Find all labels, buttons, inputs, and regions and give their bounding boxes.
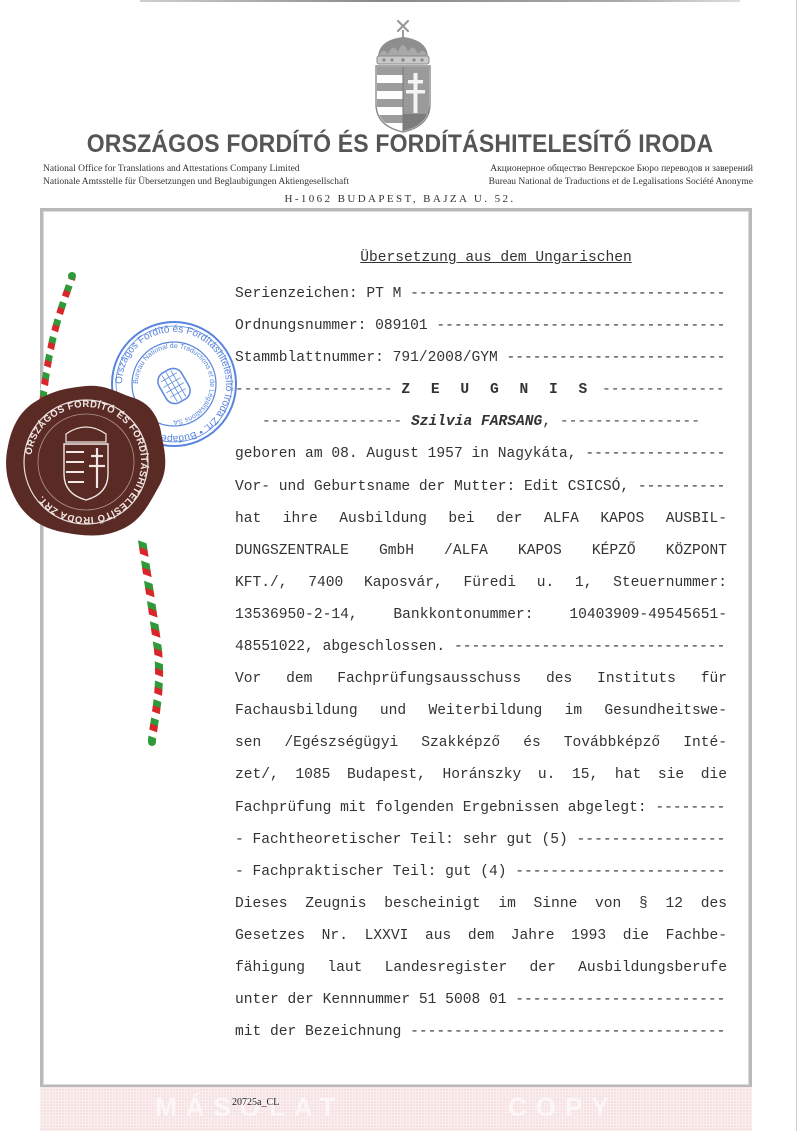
order-number: Ordnungsnummer: 089101 bbox=[235, 318, 428, 334]
certificate-title: Z E U G N I S bbox=[401, 382, 593, 398]
body-line: zet/, 1085 Budapest, Horánszky u. 15, ha… bbox=[235, 759, 727, 791]
result-theory: - Fachtheoretischer Teil: sehr gut (5) bbox=[235, 832, 568, 848]
subtitle-french: Bureau National de Traductions et de Leg… bbox=[489, 176, 753, 189]
result-practice: - Fachpraktischer Teil: gut (4) bbox=[235, 864, 507, 880]
birth-info: geboren am 08. August 1957 in Nagykáta, bbox=[235, 446, 577, 462]
office-address: H-1062 BUDAPEST, BAJZA U. 52. bbox=[0, 193, 800, 205]
certificate-title-line: ------------------ Z E U G N I S -------… bbox=[235, 374, 727, 406]
body-line: 13536950-2-14, Bankkontonummer: 10403909… bbox=[235, 599, 727, 631]
holder-name-line: ---------------- Szilvia FARSANG, ------… bbox=[235, 406, 727, 438]
body-line: DUNGSZENTRALE GmbH /ALFA KAPOS KÉPZŐ KÖZ… bbox=[235, 535, 727, 567]
watermark-copy: COPY bbox=[508, 1092, 618, 1123]
scan-top-edge bbox=[140, 0, 740, 2]
result-practice-line: - Fachpraktischer Teil: gut (4) bbox=[235, 856, 727, 888]
body-line: mit der Bezeichnung bbox=[235, 1016, 727, 1048]
body-line: unter der Kennnummer 51 5008 01 bbox=[235, 984, 727, 1016]
organization-title: ORSZÁGOS FORDÍTÓ ÉS FORDÍTÁSHITELESÍTŐ I… bbox=[32, 130, 768, 159]
body-line: Fachausbildung und Weiterbildung im Gesu… bbox=[235, 695, 727, 727]
body-line: Gesetzes Nr. LXXVI aus dem Jahre 1993 di… bbox=[235, 920, 727, 952]
birth-line: geboren am 08. August 1957 in Nagykáta, bbox=[235, 438, 727, 470]
serial-line: Serienzeichen: PT M bbox=[235, 278, 727, 310]
holder-name: Szilvia FARSANG bbox=[411, 414, 542, 430]
mother-name: Vor- und Geburtsname der Mutter: Edit CS… bbox=[235, 479, 629, 495]
scan-right-edge bbox=[796, 0, 797, 1131]
wax-seal: ORSZÁGOS FORDÍTÓ ÉS FORDÍTÁSHITELESÍTŐ I… bbox=[2, 380, 170, 540]
body-line: Vor dem Fachprüfungsausschuss des Instit… bbox=[235, 663, 727, 695]
organization-subtitle-right: Акционерное общество Венгерское Бюро пер… bbox=[489, 163, 753, 189]
body-text: 48551022, abgeschlossen. bbox=[235, 639, 445, 655]
body-line: Fachprüfung mit folgenden Ergebnissen ab… bbox=[235, 792, 727, 824]
organization-subtitle-left: National Office for Translations and Att… bbox=[43, 163, 349, 189]
body-line: Dieses Zeugnis bescheinigt im Sinne von … bbox=[235, 888, 727, 920]
body-line: 48551022, abgeschlossen. bbox=[235, 631, 727, 663]
translation-body: Übersetzung aus dem Ungarischen Serienze… bbox=[235, 246, 727, 1048]
copy-watermark-strip bbox=[40, 1087, 752, 1131]
translation-heading: Übersetzung aus dem Ungarischen bbox=[235, 246, 727, 278]
serial-label: Serienzeichen: PT M bbox=[235, 286, 401, 302]
result-theory-line: - Fachtheoretischer Teil: sehr gut (5) bbox=[235, 824, 727, 856]
subtitle-english: National Office for Translations and Att… bbox=[43, 163, 349, 176]
body-line: sen /Egészségügyi Szakképző és Továbbkép… bbox=[235, 727, 727, 759]
mother-line: Vor- und Geburtsname der Mutter: Edit CS… bbox=[235, 471, 727, 503]
document-code: 20725a_CL bbox=[232, 1097, 279, 1108]
body-line: fähigung laut Landesregister der Ausbild… bbox=[235, 952, 727, 984]
body-text: mit der Bezeichnung bbox=[235, 1024, 401, 1040]
body-text: Fachprüfung mit folgenden Ergebnissen ab… bbox=[235, 800, 647, 816]
hungarian-coat-of-arms-icon bbox=[370, 18, 436, 134]
subtitle-german: Nationale Amtsstelle für Übersetzungen u… bbox=[43, 176, 349, 189]
registry-line: Stammblattnummer: 791/2008/GYM bbox=[235, 342, 727, 374]
body-line: hat ihre Ausbildung bei der ALFA KAPOS A… bbox=[235, 503, 727, 535]
body-line: KFT./, 7400 Kaposvár, Füredi u. 1, Steue… bbox=[235, 567, 727, 599]
registry-number: Stammblattnummer: 791/2008/GYM bbox=[235, 350, 498, 366]
subtitle-russian: Акционерное общество Венгерское Бюро пер… bbox=[489, 163, 753, 176]
qualification-code: unter der Kennnummer 51 5008 01 bbox=[235, 992, 507, 1008]
order-number-line: Ordnungsnummer: 089101 bbox=[235, 310, 727, 342]
